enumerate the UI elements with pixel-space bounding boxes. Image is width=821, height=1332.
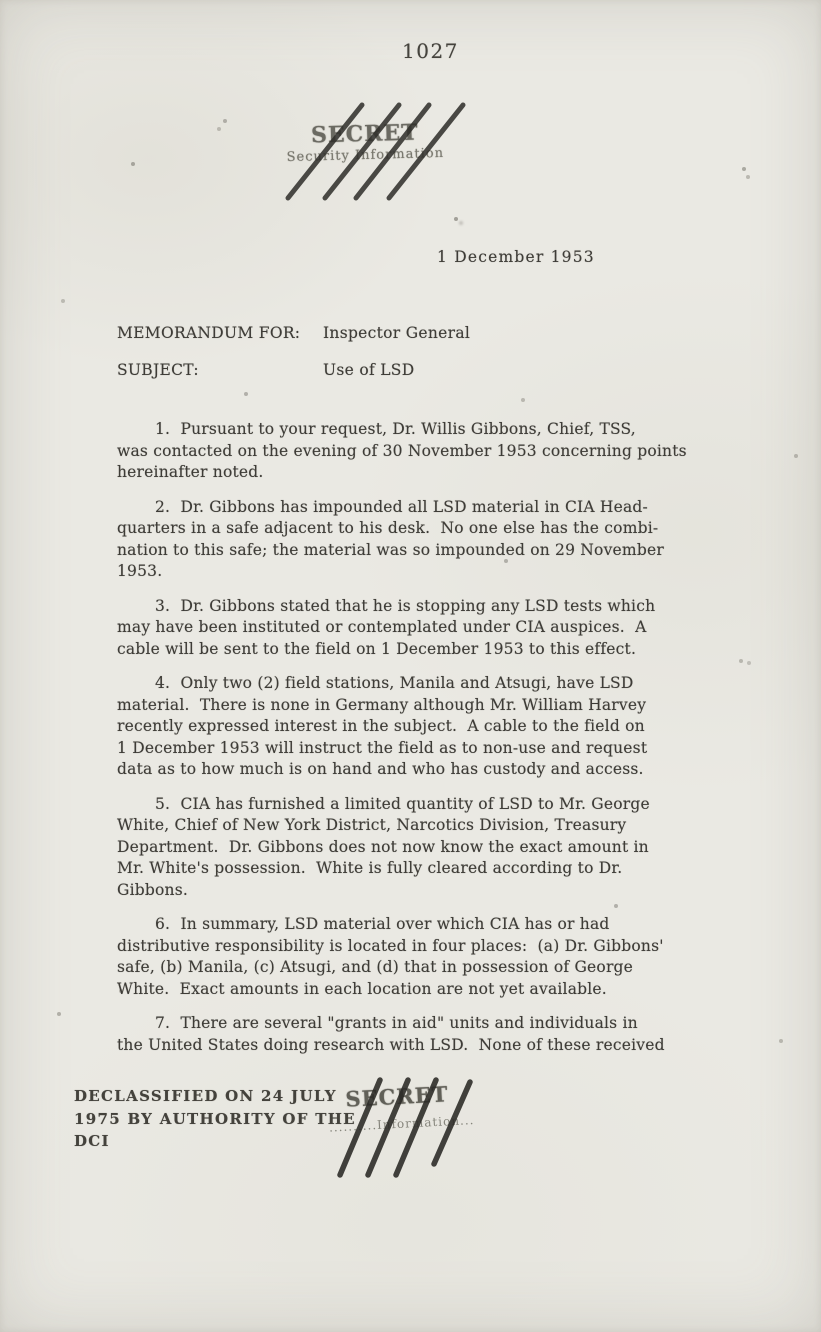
secret-stamp-top: SECRET Security Information: [280, 119, 449, 165]
memo-paragraph-1: 1. Pursuant to your request, Dr. Willis …: [117, 419, 812, 484]
page-number: 1027: [402, 39, 459, 63]
memo-for-row: MEMORANDUM FOR: Inspector General: [117, 324, 470, 342]
scan-noise-specks: [0, 0, 2, 2]
memo-paragraph-6: 6. In summary, LSD material over which C…: [117, 914, 812, 1000]
date-line: 1 December 1953: [437, 248, 595, 266]
memo-for-label: MEMORANDUM FOR:: [117, 324, 323, 342]
subject-label: SUBJECT:: [117, 361, 323, 379]
memo-header: MEMORANDUM FOR: Inspector General SUBJEC…: [117, 324, 470, 398]
declassification-note: DECLASSIFIED ON 24 JULY 1975 BY AUTHORIT…: [74, 1085, 356, 1153]
scanned-memo-page: 1027 SECRET Security Information 1 Decem…: [0, 0, 821, 1332]
memo-paragraph-7: 7. There are several "grants in aid" uni…: [117, 1013, 812, 1056]
memo-for-value: Inspector General: [323, 324, 470, 342]
secret-stamp-bottom-text: SECRET: [345, 1079, 486, 1111]
memo-body: 1. Pursuant to your request, Dr. Willis …: [117, 419, 812, 1069]
memo-paragraph-3: 3. Dr. Gibbons stated that he is stoppin…: [117, 596, 812, 661]
memo-paragraph-5: 5. CIA has furnished a limited quantity …: [117, 794, 812, 902]
declassification-line-2: 1975 BY AUTHORITY OF THE: [74, 1108, 356, 1131]
secret-stamp-bottom: SECRET ..........Information...: [345, 1079, 487, 1133]
security-information-text: Security Information: [281, 146, 449, 165]
subject-row: SUBJECT: Use of LSD: [117, 361, 470, 379]
memo-paragraph-4: 4. Only two (2) field stations, Manila a…: [117, 673, 812, 781]
memo-paragraph-2: 2. Dr. Gibbons has impounded all LSD mat…: [117, 497, 812, 583]
declassification-line-1: DECLASSIFIED ON 24 JULY: [74, 1085, 356, 1108]
declassification-line-3: DCI: [74, 1130, 356, 1153]
subject-value: Use of LSD: [323, 361, 414, 379]
secret-stamp-top-text: SECRET: [280, 119, 449, 149]
secret-stamp-bottom-subtext: ..........Information...: [329, 1112, 488, 1134]
